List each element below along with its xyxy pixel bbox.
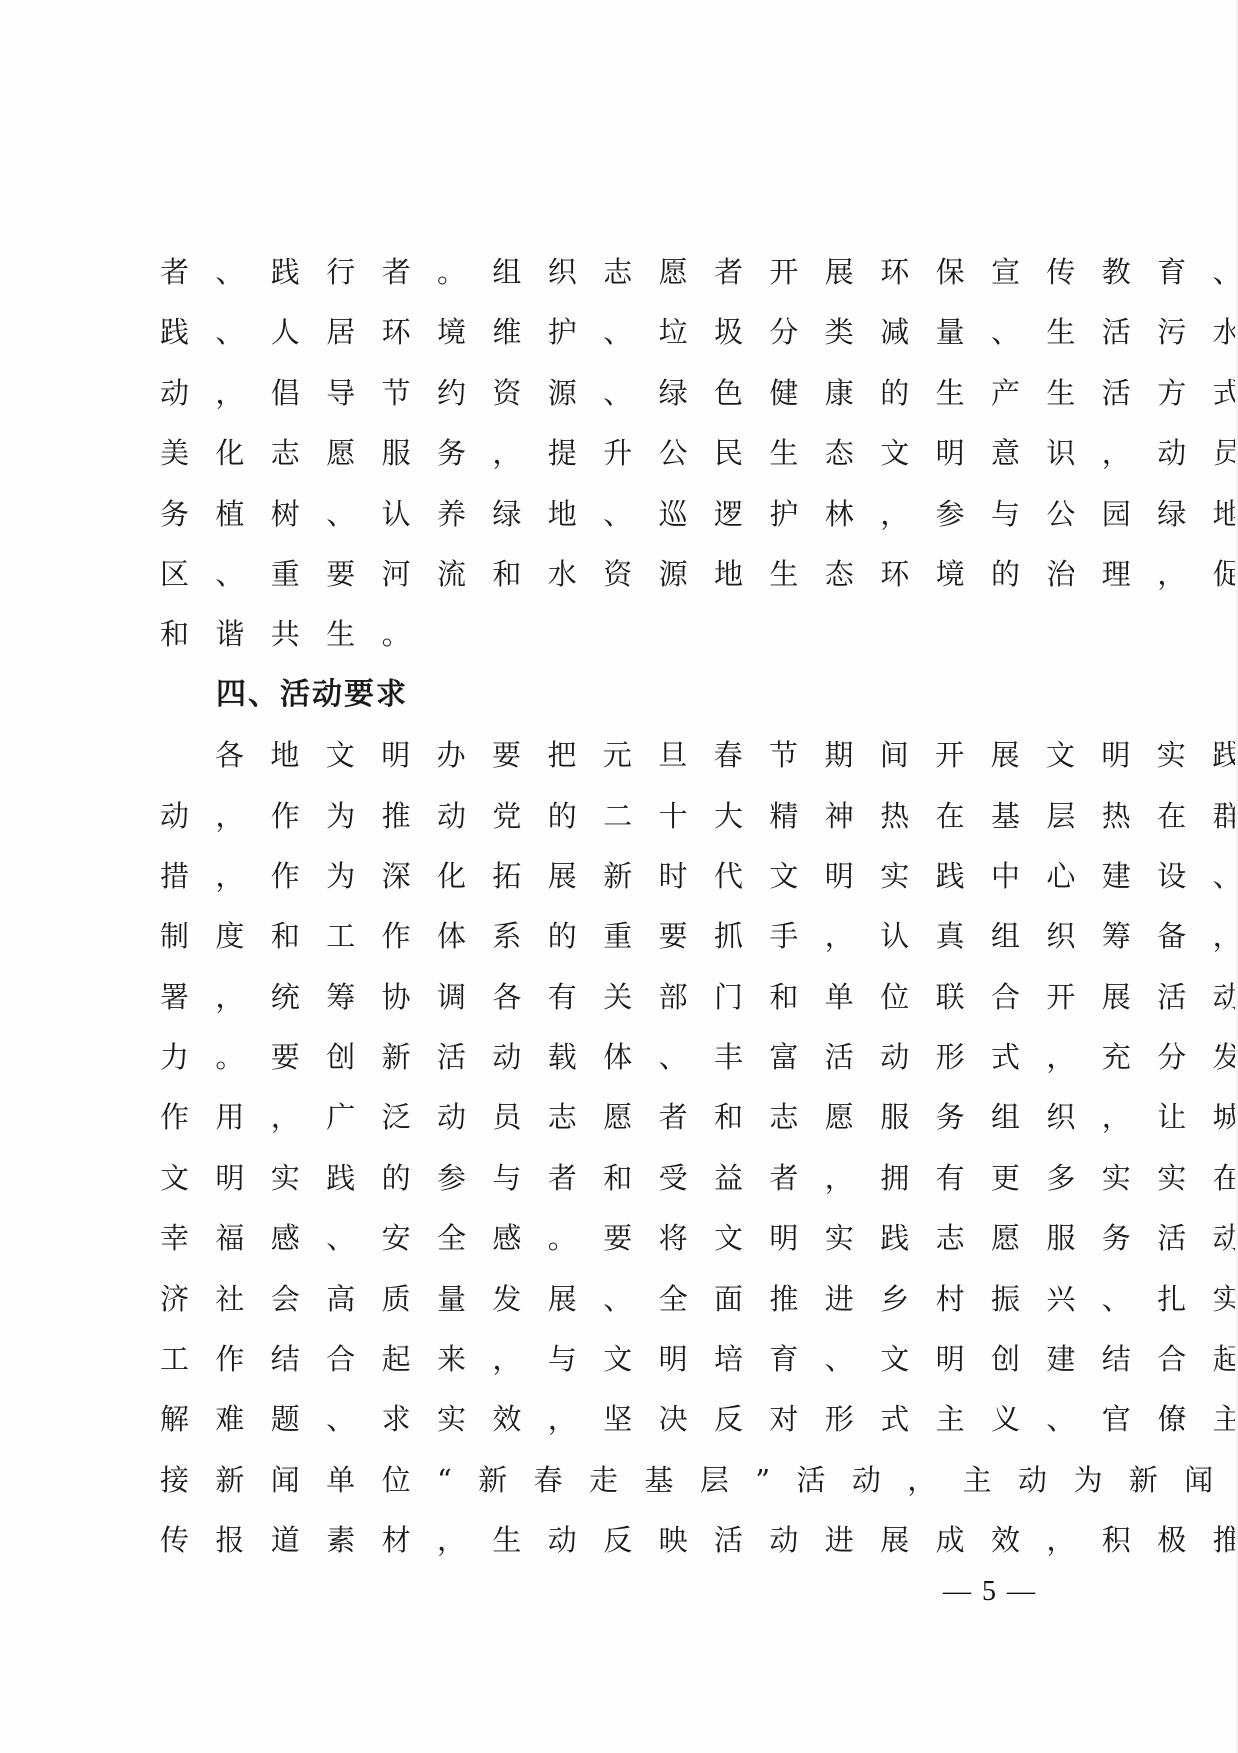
text-line: 和谐共生。	[160, 604, 1060, 664]
text-line: 区、重要河流和水资源地生态环境的治理，促进人与自然	[160, 544, 1060, 604]
document-page: 者、践行者。组织志愿者开展环保宣传教育、绿色低碳实 践、人居环境维护、垃圾分类减…	[0, 0, 1238, 1753]
text-line: 工作结合起来，与文明培育、文明创建结合起来，办实事、	[160, 1329, 1060, 1389]
text-line: 动，倡导节约资源、绿色健康的生产生活方式。开展绿化	[160, 363, 1060, 423]
text-line: 动，作为推动党的二十大精神热在基层热在群众的重要举	[160, 786, 1060, 846]
text-line: 制度和工作体系的重要抓手，认真组织筹备，周密安排部	[160, 906, 1060, 966]
text-line: 接新闻单位“新春走基层”活动，主动为新闻媒体提供宣	[160, 1450, 1060, 1510]
text-line: 解难题、求实效，坚决反对形式主义、官僚主义。要积极对	[160, 1389, 1060, 1449]
section-heading: 四、活动要求	[160, 665, 1060, 725]
text-line: 者、践行者。组织志愿者开展环保宣传教育、绿色低碳实	[160, 242, 1060, 302]
text-line: 署，统筹协调各有关部门和单位联合开展活动，形成工作合	[160, 967, 1060, 1027]
text-line: 作用，广泛动员志愿者和志愿服务组织，让城乡居民都成为	[160, 1087, 1060, 1147]
document-body: 者、践行者。组织志愿者开展环保宣传教育、绿色低碳实 践、人居环境维护、垃圾分类减…	[160, 242, 1060, 1571]
page-number: — 5 —	[938, 1574, 1042, 1610]
text-line: 文明实践的参与者和受益者，拥有更多实实在在的获得感、	[160, 1148, 1060, 1208]
text-line: 力。要创新活动载体、丰富活动形式，充分发挥群众的主体	[160, 1027, 1060, 1087]
text-line: 济社会高质量发展、全面推进乡村振兴、扎实做好民生保障	[160, 1269, 1060, 1329]
text-line: 传报道素材，生动反映活动进展成效，积极推广创新做法和	[160, 1510, 1060, 1570]
text-line: 践、人居环境维护、垃圾分类减量、生活污水治理等活	[160, 302, 1060, 362]
text-line: 美化志愿服务，提升公民生态文明意识，动员人们积极义	[160, 423, 1060, 483]
text-line: 措，作为深化拓展新时代文明实践中心建设、完善志愿服务	[160, 846, 1060, 906]
text-line: 幸福感、安全感。要将文明实践志愿服务活动与各地促进经	[160, 1208, 1060, 1268]
text-line: 各地文明办要把元旦春节期间开展文明实践志愿服务活	[160, 725, 1060, 785]
text-line: 务植树、认养绿地、巡逻护林，参与公园绿地、旅游景	[160, 484, 1060, 544]
